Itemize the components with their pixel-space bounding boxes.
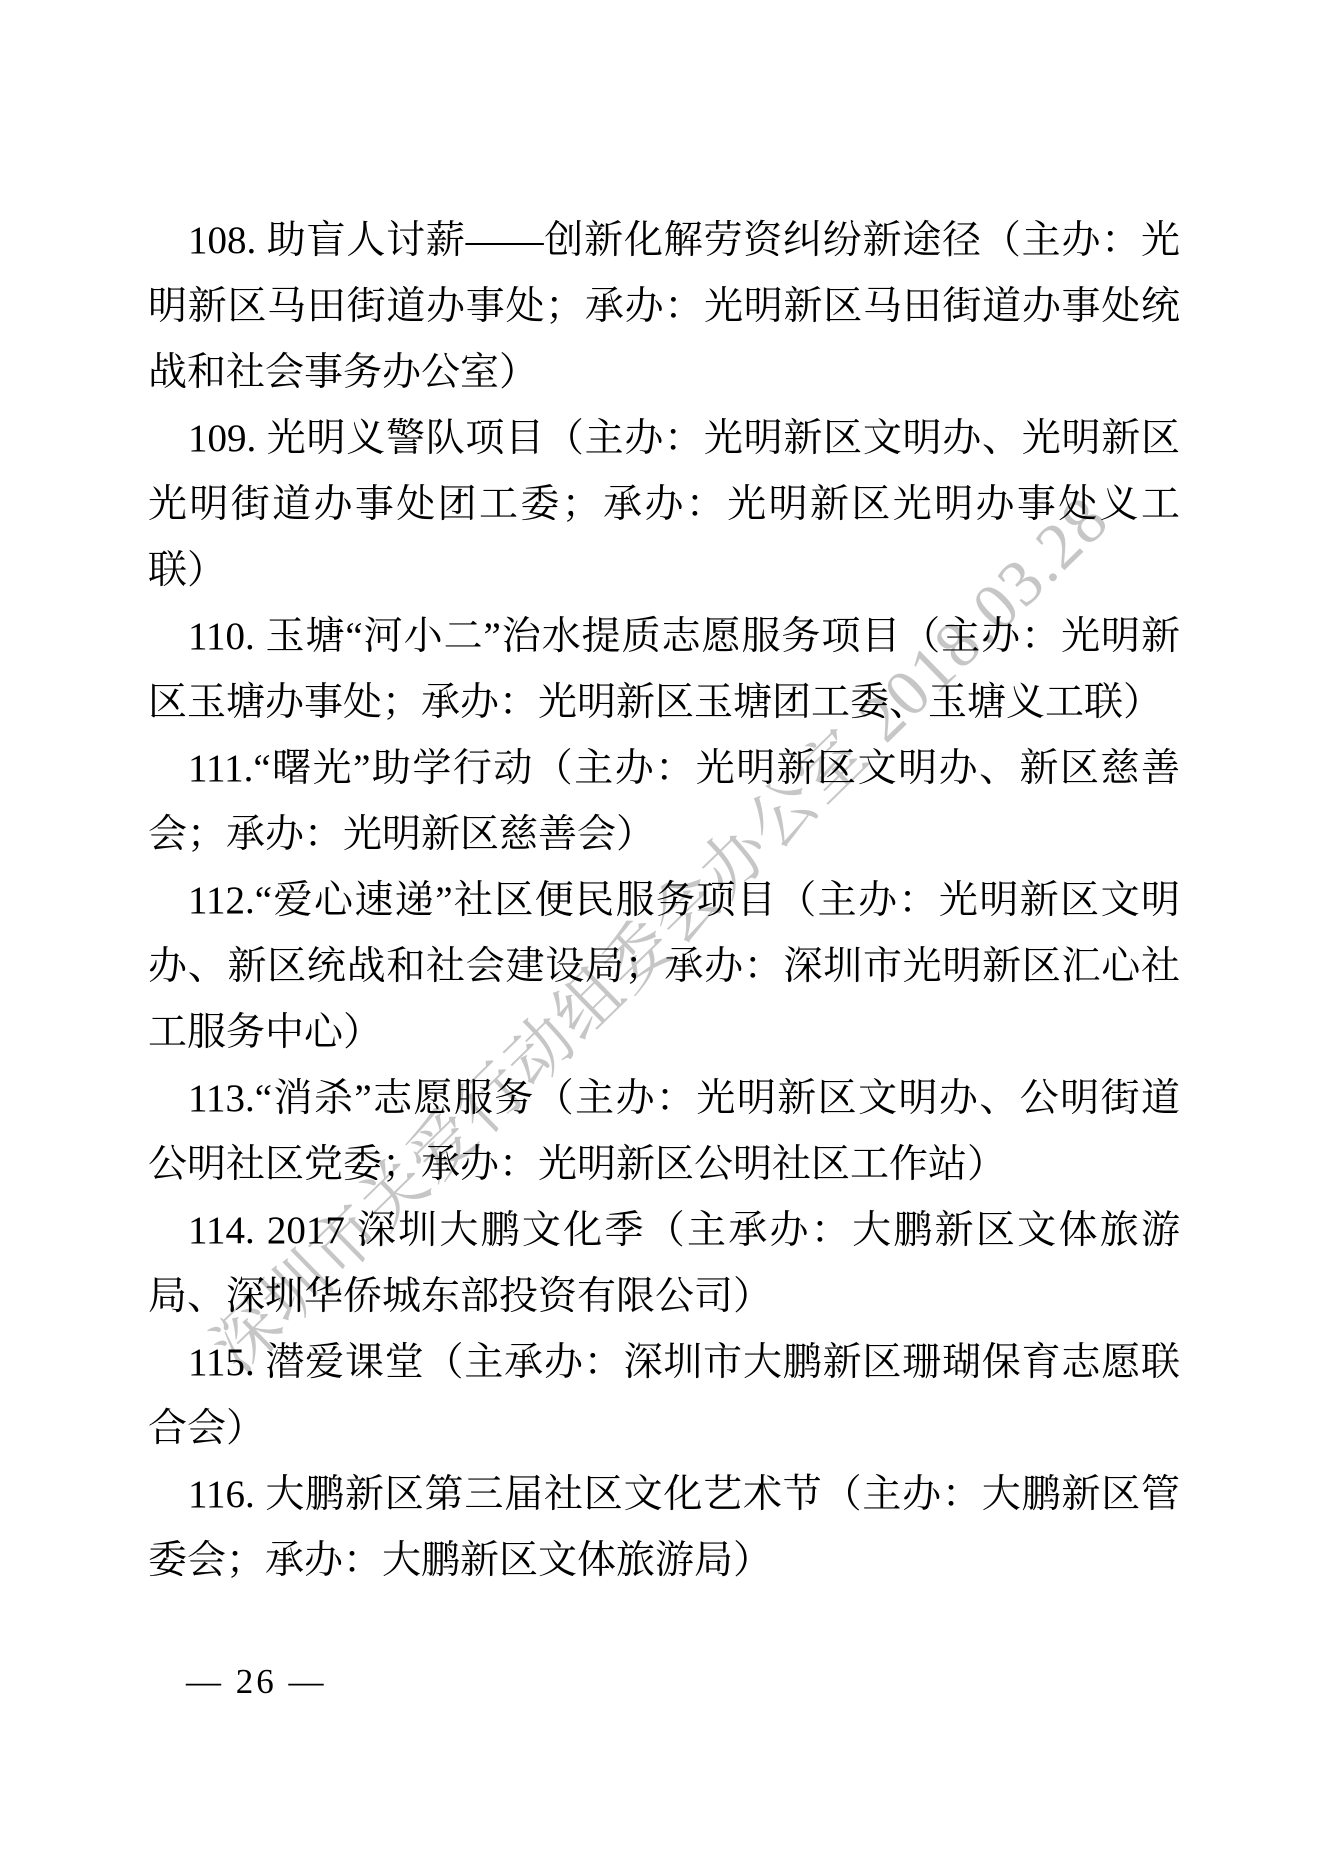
list-item-114: 114. 2017 深圳大鹏文化季（主承办：大鹏新区文体旅游局、深圳华侨城东部投… (148, 1198, 1180, 1330)
list-item-108: 108. 助盲人讨薪——创新化解劳资纠纷新途径（主办：光明新区马田街道办事处；承… (148, 208, 1180, 406)
list-item-112: 112.“爱心速递”社区便民服务项目（主办：光明新区文明办、新区统战和社会建设局… (148, 868, 1180, 1066)
list-item-110: 110. 玉塘“河小二”治水提质志愿服务项目（主办：光明新区玉塘办事处；承办：光… (148, 604, 1180, 736)
list-item-109: 109. 光明义警队项目（主办：光明新区文明办、光明新区光明街道办事处团工委；承… (148, 406, 1180, 604)
list-item-111: 111.“曙光”助学行动（主办：光明新区文明办、新区慈善会；承办：光明新区慈善会… (148, 736, 1180, 868)
list-item-115: 115. 潜爱课堂（主承办：深圳市大鹏新区珊瑚保育志愿联合会） (148, 1330, 1180, 1462)
list-item-113: 113.“消杀”志愿服务（主办：光明新区文明办、公明街道公明社区党委；承办：光明… (148, 1066, 1180, 1198)
list-item-116: 116. 大鹏新区第三届社区文化艺术节（主办：大鹏新区管委会；承办：大鹏新区文体… (148, 1462, 1180, 1594)
document-body: 108. 助盲人讨薪——创新化解劳资纠纷新途径（主办：光明新区马田街道办事处；承… (148, 208, 1180, 1594)
document-page: 深圳市关爱行动组委会办公室 2018.03.28 108. 助盲人讨薪——创新化… (0, 0, 1323, 1871)
page-number: — 26 — (186, 1662, 327, 1702)
